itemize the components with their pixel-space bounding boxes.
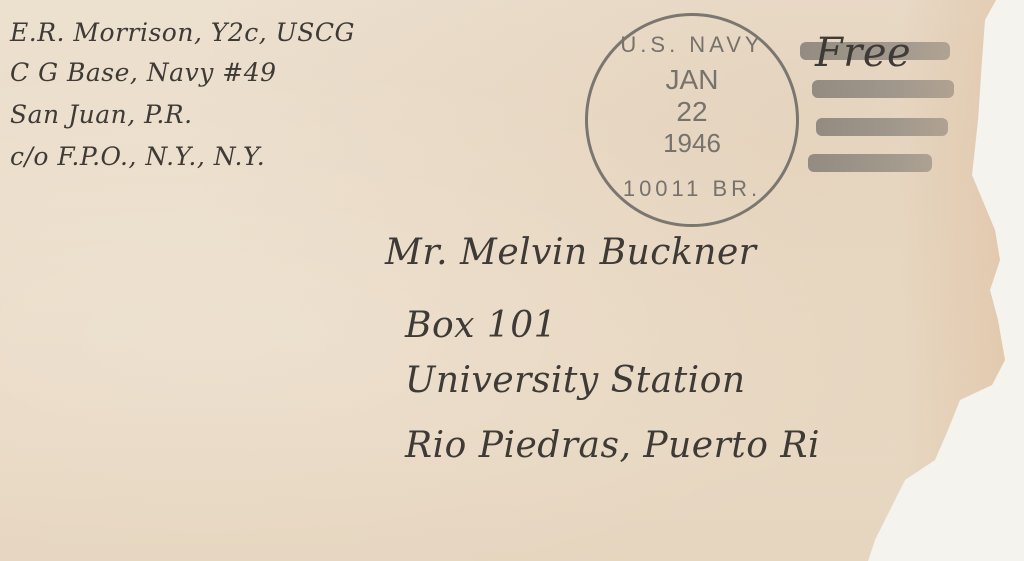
return-address-line: E.R. Morrison, Y2c, USCG	[10, 18, 355, 47]
postmark-year: 1946	[588, 128, 796, 159]
postmark-bottom-text: 10011 BR.	[588, 176, 796, 202]
return-address-line: San Juan, P.R.	[10, 100, 193, 129]
envelope: E.R. Morrison, Y2c, USCG C G Base, Navy …	[0, 0, 1024, 561]
recipient-address-line: Rio Piedras, Puerto Ri	[405, 425, 820, 466]
return-address-line: c/o F.P.O., N.Y., N.Y.	[10, 142, 265, 171]
postmark-stamp: U.S. NAVY JAN 22 1946 10011 BR.	[585, 13, 799, 227]
recipient-address-line: University Station	[405, 360, 746, 401]
postmark-top-text: U.S. NAVY	[588, 32, 796, 58]
franking-free: Free	[815, 30, 911, 76]
torn-edge	[900, 0, 1024, 561]
postmark-day: 22	[588, 96, 796, 128]
postmark-month: JAN	[588, 64, 796, 96]
recipient-address-line: Mr. Melvin Buckner	[385, 232, 756, 273]
recipient-address-line: Box 101	[405, 305, 557, 346]
return-address-line: C G Base, Navy #49	[10, 58, 277, 87]
